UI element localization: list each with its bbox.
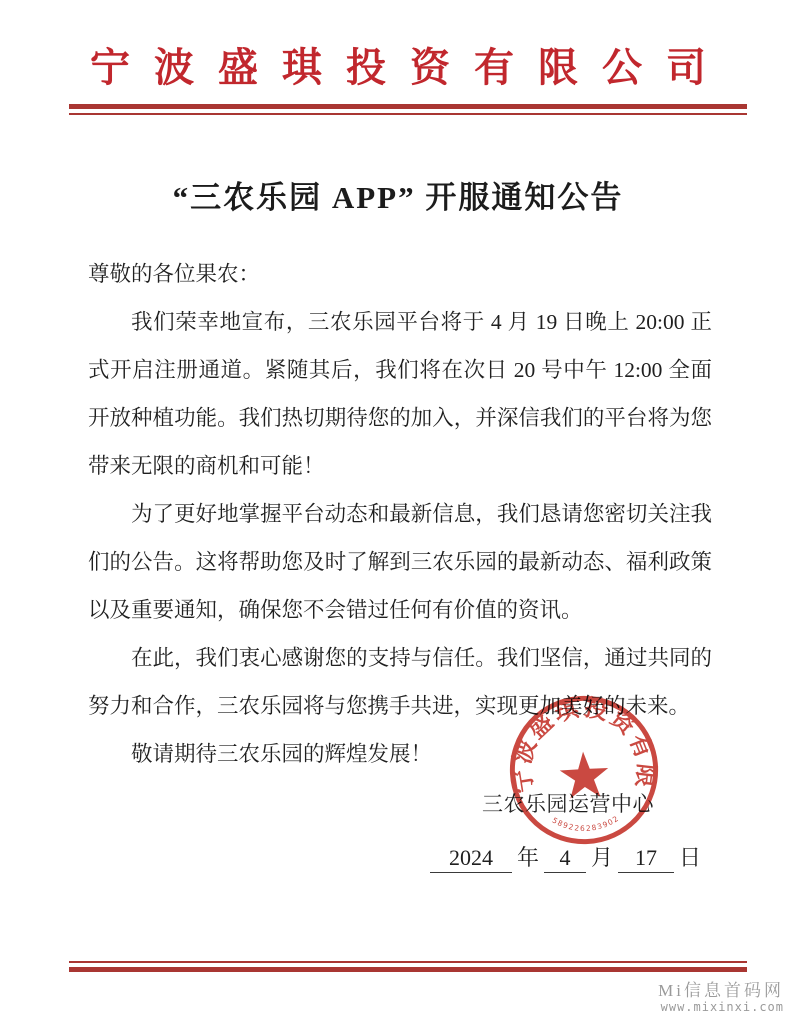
divider-thick-line: [69, 967, 747, 972]
date-year-value: 2024: [430, 845, 512, 873]
header-divider-rule: [69, 104, 747, 115]
date-month-unit: 月: [591, 841, 613, 872]
seal-star-icon: [559, 750, 610, 799]
salutation-line: 尊敬的各位果农：: [88, 250, 712, 298]
date-day-unit: 日: [679, 841, 701, 872]
footer-divider-rule: [69, 961, 747, 972]
divider-thin-line: [69, 961, 747, 963]
divider-thin-line: [69, 113, 747, 115]
notice-title: “三农乐园 APP” 开服通知公告: [0, 172, 796, 217]
divider-thick-line: [69, 104, 747, 109]
date-day-value: 17: [618, 845, 674, 873]
company-seal-stamp: 宁波盛琪投资有限公司 5892262839028: [502, 688, 666, 852]
site-watermark: Mi信息首码网 www.mixinxi.com: [658, 981, 784, 1014]
watermark-site-url: www.mixinxi.com: [658, 1001, 784, 1015]
date-line: 2024年4月17日: [430, 841, 706, 873]
date-month-value: 4: [544, 845, 586, 873]
date-year-unit: 年: [517, 841, 539, 872]
notice-document-page: 宁波盛琪投资有限公司 “三农乐园 APP” 开服通知公告 尊敬的各位果农： 我们…: [0, 0, 796, 1024]
paragraph-follow-updates: 为了更好地掌握平台动态和最新信息，我们恳请您密切关注我们的公告。这将帮助您及时了…: [88, 490, 712, 634]
company-header-title: 宁波盛琪投资有限公司: [0, 36, 796, 93]
watermark-site-name: Mi信息首码网: [658, 981, 784, 1001]
paragraph-announcement: 我们荣幸地宣布，三农乐园平台将于 4 月 19 日晚上 20:00 正式开启注册…: [88, 298, 712, 490]
